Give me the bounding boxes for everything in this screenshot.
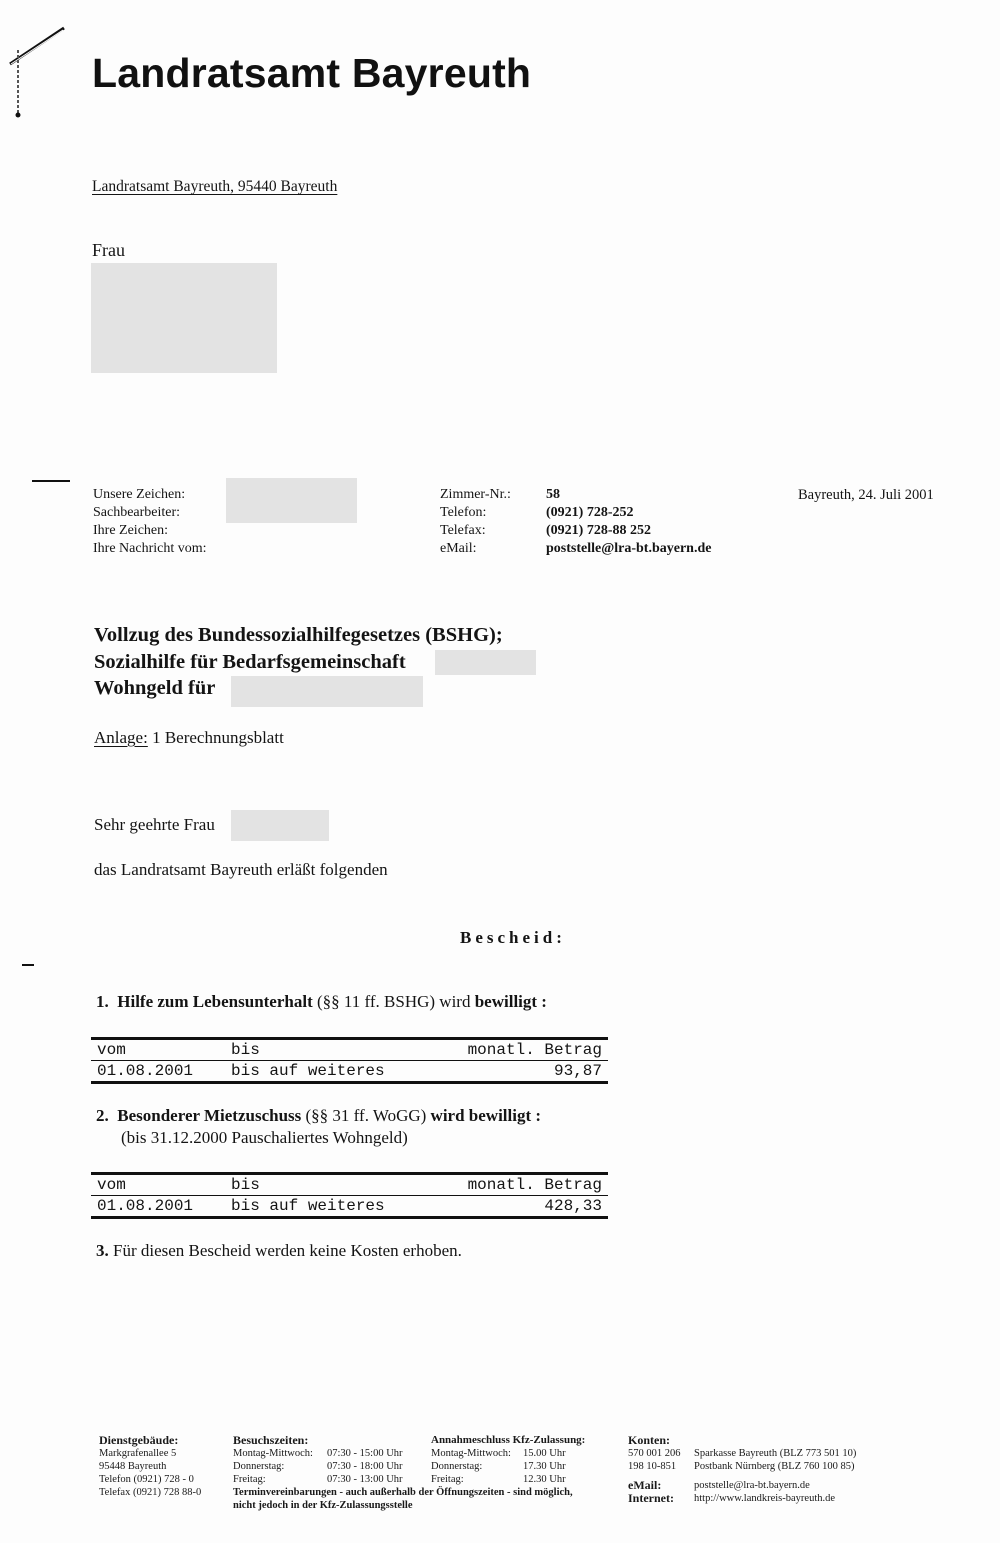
item-text: Für diesen Bescheid werden keine Kosten … <box>113 1241 462 1260</box>
account-row: 198 10-851 Postbank Nürnberg (BLZ 760 10… <box>628 1460 681 1473</box>
visiting-time: 07:30 - 13:00 Uhr <box>327 1473 403 1486</box>
footer-vehicle-registration: Annahmeschluss Kfz-Zulassung: Montag-Mit… <box>431 1434 585 1486</box>
ref-label-your-sign: Ihre Zeichen: <box>93 522 207 540</box>
punch-mark <box>22 964 34 966</box>
table-header-row: vom bis monatl. Betrag <box>91 1040 608 1061</box>
office-fax: Telefax (0921) 728 88-0 <box>99 1486 201 1499</box>
item-number: 1. <box>96 992 109 1011</box>
registration-time: 15.00 Uhr <box>523 1447 566 1460</box>
registration-row: Freitag: 12.30 Uhr <box>431 1473 585 1486</box>
cell-from: 01.08.2001 <box>97 1061 193 1081</box>
col-header-amount: monatl. Betrag <box>468 1175 602 1195</box>
greeting: Sehr geehrte Frau <box>94 815 215 835</box>
fold-mark <box>32 480 70 482</box>
footer-internet-row: Internet: http://www.landkreis-bayreuth.… <box>628 1492 681 1505</box>
visiting-day: Montag-Mittwoch: <box>233 1448 313 1459</box>
visiting-time: 07:30 - 15:00 Uhr <box>327 1447 403 1460</box>
visiting-time: 07:30 - 18:00 Uhr <box>327 1460 403 1473</box>
col-header-from: vom <box>97 1175 126 1195</box>
visiting-day: Freitag: <box>233 1474 266 1485</box>
col-header-amount: monatl. Betrag <box>468 1040 602 1060</box>
col-header-from: vom <box>97 1040 126 1060</box>
account-bank: Sparkasse Bayreuth (BLZ 773 501 10) <box>694 1447 856 1460</box>
vehicle-registration-heading: Annahmeschluss Kfz-Zulassung: <box>431 1434 585 1447</box>
email-address[interactable]: poststelle@lra-bt.bayern.de <box>546 540 711 558</box>
footer-email-label: eMail: <box>628 1478 661 1492</box>
registration-day: Donnerstag: <box>431 1461 482 1472</box>
registration-day: Freitag: <box>431 1474 464 1485</box>
benefit-table-2: vom bis monatl. Betrag 01.08.2001 bis au… <box>91 1172 608 1219</box>
contact-values: 58 (0921) 728-252 (0921) 728-88 252 post… <box>546 486 711 558</box>
contact-label-email: eMail: <box>440 540 511 558</box>
col-header-to: bis <box>231 1040 260 1060</box>
item-status: bewilligt : <box>475 992 547 1011</box>
table-header-row: vom bis monatl. Betrag <box>91 1175 608 1196</box>
item-legal-ref: (§§ 11 ff. BSHG) wird <box>317 992 470 1011</box>
account-number: 570 001 206 <box>628 1448 681 1459</box>
table-row: 01.08.2001 bis auf weiteres 93,87 <box>91 1061 608 1081</box>
cell-from: 01.08.2001 <box>97 1196 193 1216</box>
ref-label-our-sign: Unsere Zeichen: <box>93 486 207 504</box>
appointment-note-1: Terminvereinbarungen - auch außerhalb de… <box>233 1486 573 1499</box>
footer-email-link[interactable]: poststelle@lra-bt.bayern.de <box>694 1479 810 1492</box>
decision-item-1: 1. Hilfe zum Lebensunterhalt (§§ 11 ff. … <box>96 992 547 1012</box>
room-number: 58 <box>546 486 711 504</box>
registration-time: 17.30 Uhr <box>523 1460 566 1473</box>
account-bank: Postbank Nürnberg (BLZ 760 100 85) <box>694 1460 855 1473</box>
item-legal-ref: (§§ 31 ff. WoGG) <box>306 1106 427 1125</box>
footer-accounts: Konten: 570 001 206 Sparkasse Bayreuth (… <box>628 1434 681 1505</box>
item-title: Hilfe zum Lebensunterhalt <box>117 992 313 1011</box>
item-status: wird bewilligt : <box>431 1106 542 1125</box>
cell-to: bis auf weiteres <box>231 1061 385 1081</box>
office-phone: Telefon (0921) 728 - 0 <box>99 1473 201 1486</box>
reference-redacted <box>226 478 357 523</box>
sender-address-line: Landratsamt Bayreuth, 95440 Bayreuth <box>92 178 337 196</box>
accounts-heading: Konten: <box>628 1434 681 1447</box>
account-number: 198 10-851 <box>628 1461 676 1472</box>
item-number: 2. <box>96 1106 109 1125</box>
office-street: Markgrafenallee 5 <box>99 1447 201 1460</box>
cell-amount: 428,33 <box>544 1196 602 1216</box>
cell-amount: 93,87 <box>554 1061 602 1081</box>
letter-date: Bayreuth, 24. Juli 2001 <box>798 487 934 504</box>
recipient-address-redacted <box>91 263 277 373</box>
greeting-name-redacted <box>231 810 329 841</box>
phone-number: (0921) 728-252 <box>546 504 711 522</box>
decision-item-3: 3. Für diesen Bescheid werden keine Kost… <box>96 1241 462 1261</box>
table-row: 01.08.2001 bis auf weiteres 428,33 <box>91 1196 608 1216</box>
contact-label-room: Zimmer-Nr.: <box>440 486 511 504</box>
subject-redacted-2 <box>231 676 423 707</box>
item-number: 3. <box>96 1241 109 1260</box>
intro-text: das Landratsamt Bayreuth erläßt folgende… <box>94 860 388 880</box>
office-title: Landratsamt Bayreuth <box>92 50 531 97</box>
reference-labels: Unsere Zeichen: Sachbearbeiter: Ihre Zei… <box>93 486 207 558</box>
registration-time: 12.30 Uhr <box>523 1473 566 1486</box>
benefit-table-1: vom bis monatl. Betrag 01.08.2001 bis au… <box>91 1037 608 1084</box>
registration-row: Montag-Mittwoch: 15.00 Uhr <box>431 1447 585 1460</box>
ref-label-your-message: Ihre Nachricht vom: <box>93 540 207 558</box>
appointment-note-2: nicht jedoch in der Kfz-Zulassungsstelle <box>233 1499 573 1512</box>
account-row: 570 001 206 Sparkasse Bayreuth (BLZ 773 … <box>628 1447 681 1460</box>
item-2-note: (bis 31.12.2000 Pauschaliertes Wohngeld) <box>121 1128 408 1148</box>
registration-row: Donnerstag: 17.30 Uhr <box>431 1460 585 1473</box>
cell-to: bis auf weiteres <box>231 1196 385 1216</box>
subject-redacted-1 <box>435 650 536 675</box>
footer-internet-label: Internet: <box>628 1491 674 1505</box>
recipient-salutation: Frau <box>92 240 125 261</box>
decision-heading: Bescheid: <box>460 928 566 948</box>
contact-label-fax: Telefax: <box>440 522 511 540</box>
item-title: Besonderer Mietzuschuss <box>117 1106 301 1125</box>
col-header-to: bis <box>231 1175 260 1195</box>
coat-of-arms-logo-icon <box>6 22 70 122</box>
attachment-value: 1 Berechnungsblatt <box>152 728 284 747</box>
contact-labels: Zimmer-Nr.: Telefon: Telefax: eMail: <box>440 486 511 558</box>
attachment-label: Anlage: <box>94 728 148 747</box>
subject-line-1: Vollzug des Bundessozialhilfegesetzes (B… <box>94 622 503 649</box>
decision-item-2: 2. Besonderer Mietzuschuss (§§ 31 ff. Wo… <box>96 1106 541 1126</box>
ref-label-clerk: Sachbearbeiter: <box>93 504 207 522</box>
registration-day: Montag-Mittwoch: <box>431 1448 511 1459</box>
fax-number: (0921) 728-88 252 <box>546 522 711 540</box>
footer-office-heading: Dienstgebäude: <box>99 1434 201 1447</box>
visiting-day: Donnerstag: <box>233 1461 284 1472</box>
footer-website-link[interactable]: http://www.landkreis-bayreuth.de <box>694 1492 835 1505</box>
office-city: 95448 Bayreuth <box>99 1460 201 1473</box>
attachment-line: Anlage: 1 Berechnungsblatt <box>94 728 284 748</box>
contact-label-phone: Telefon: <box>440 504 511 522</box>
footer-office: Dienstgebäude: Markgrafenallee 5 95448 B… <box>99 1434 201 1499</box>
